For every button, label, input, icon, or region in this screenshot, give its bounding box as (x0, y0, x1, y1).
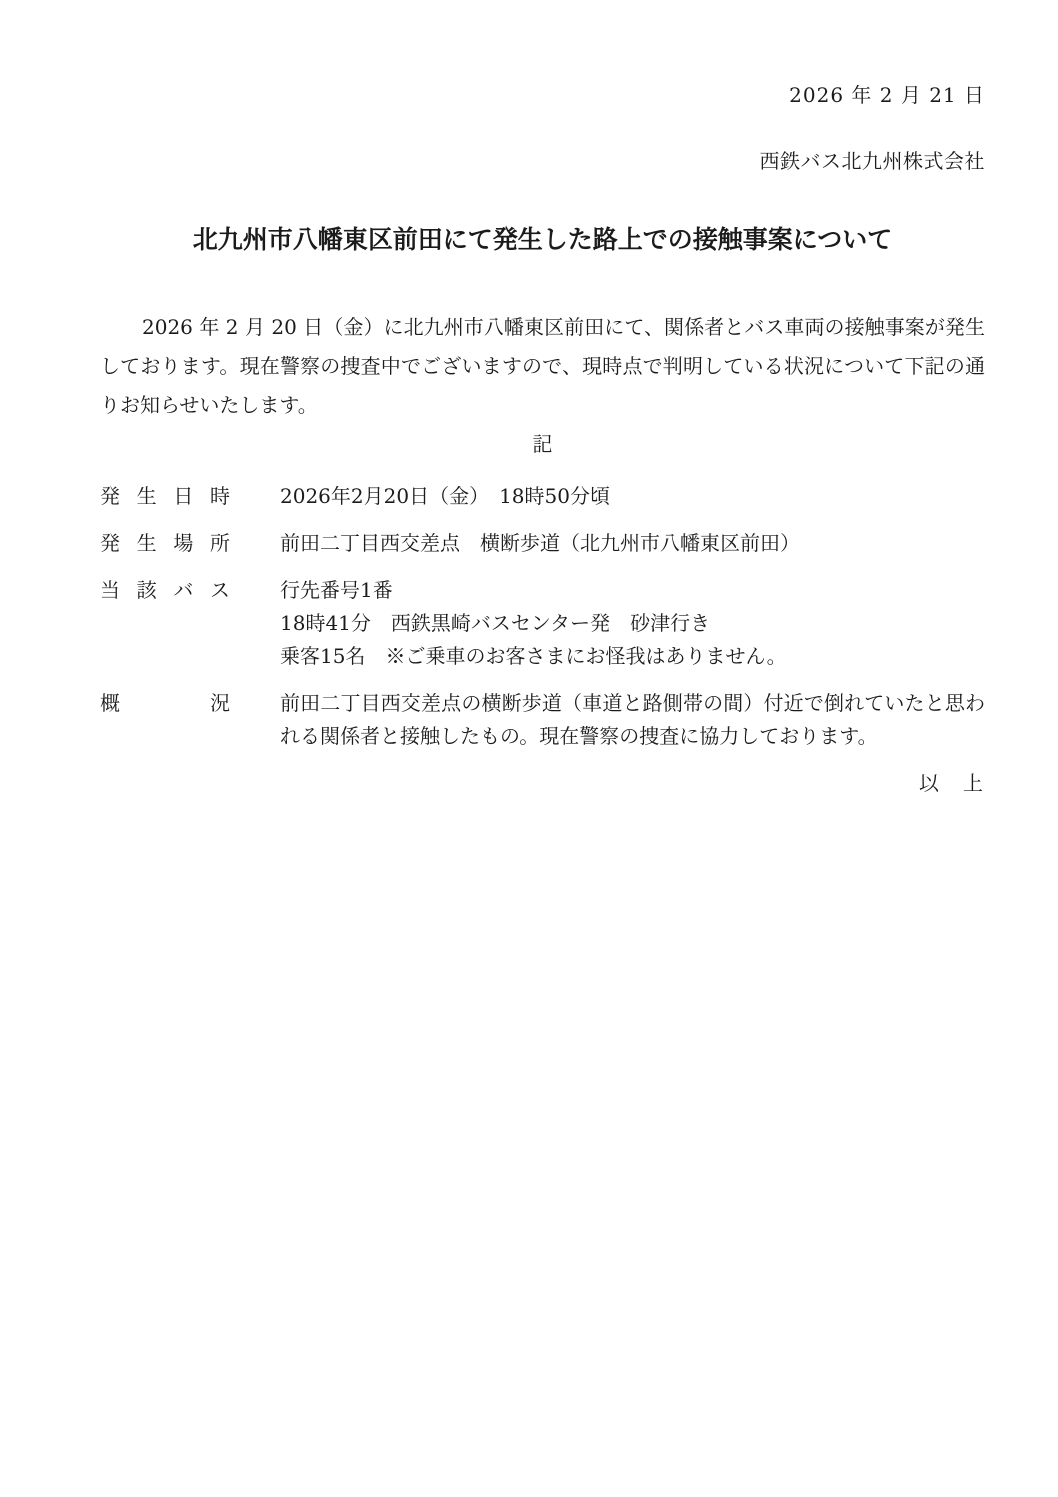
detail-row-summary: 概況 前田二丁目西交差点の横断歩道（車道と路側帯の間）付近で倒れていたと思われる… (100, 687, 985, 753)
detail-label-bus: 当該バス (100, 574, 230, 607)
detail-value-line: 前田二丁目西交差点 横断歩道（北九州市八幡東区前田） (280, 527, 985, 560)
closing-marker: 以 上 (100, 767, 985, 800)
document-title: 北九州市八幡東区前田にて発生した路上での接触事案について (100, 222, 985, 258)
detail-value-line: 行先番号1番 (280, 574, 985, 607)
detail-row-bus: 当該バス 行先番号1番 18時41分 西鉄黒崎バスセンター発 砂津行き 乗客15… (100, 574, 985, 673)
detail-label-location: 発生場所 (100, 527, 230, 560)
detail-value-line: 18時41分 西鉄黒崎バスセンター発 砂津行き (280, 607, 985, 640)
detail-list: 発生日時 2026年2月20日（金） 18時50分頃 発生場所 前田二丁目西交差… (100, 480, 985, 753)
detail-value-line: 2026年2月20日（金） 18時50分頃 (280, 480, 985, 513)
detail-row-location: 発生場所 前田二丁目西交差点 横断歩道（北九州市八幡東区前田） (100, 527, 985, 560)
company-name: 西鉄バス北九州株式会社 (100, 148, 985, 174)
detail-value-datetime: 2026年2月20日（金） 18時50分頃 (280, 480, 985, 513)
detail-value-location: 前田二丁目西交差点 横断歩道（北九州市八幡東区前田） (280, 527, 985, 560)
detail-label-datetime: 発生日時 (100, 480, 230, 513)
detail-label-summary: 概況 (100, 687, 230, 720)
detail-row-datetime: 発生日時 2026年2月20日（金） 18時50分頃 (100, 480, 985, 513)
detail-value-bus: 行先番号1番 18時41分 西鉄黒崎バスセンター発 砂津行き 乗客15名 ※ご乗… (280, 574, 985, 673)
record-marker: 記 (100, 425, 985, 464)
intro-paragraph: 2026 年 2 月 20 日（金）に北九州市八幡東区前田にて、関係者とバス車両… (100, 308, 985, 425)
detail-value-summary: 前田二丁目西交差点の横断歩道（車道と路側帯の間）付近で倒れていたと思われる関係者… (280, 687, 985, 753)
press-release-page: 2026 年 2 月 21 日 西鉄バス北九州株式会社 北九州市八幡東区前田にて… (0, 0, 1058, 1497)
detail-value-line: 乗客15名 ※ご乗車のお客さまにお怪我はありません。 (280, 640, 985, 673)
detail-value-line: 前田二丁目西交差点の横断歩道（車道と路側帯の間）付近で倒れていたと思われる関係者… (280, 687, 985, 753)
document-date: 2026 年 2 月 21 日 (100, 82, 985, 108)
